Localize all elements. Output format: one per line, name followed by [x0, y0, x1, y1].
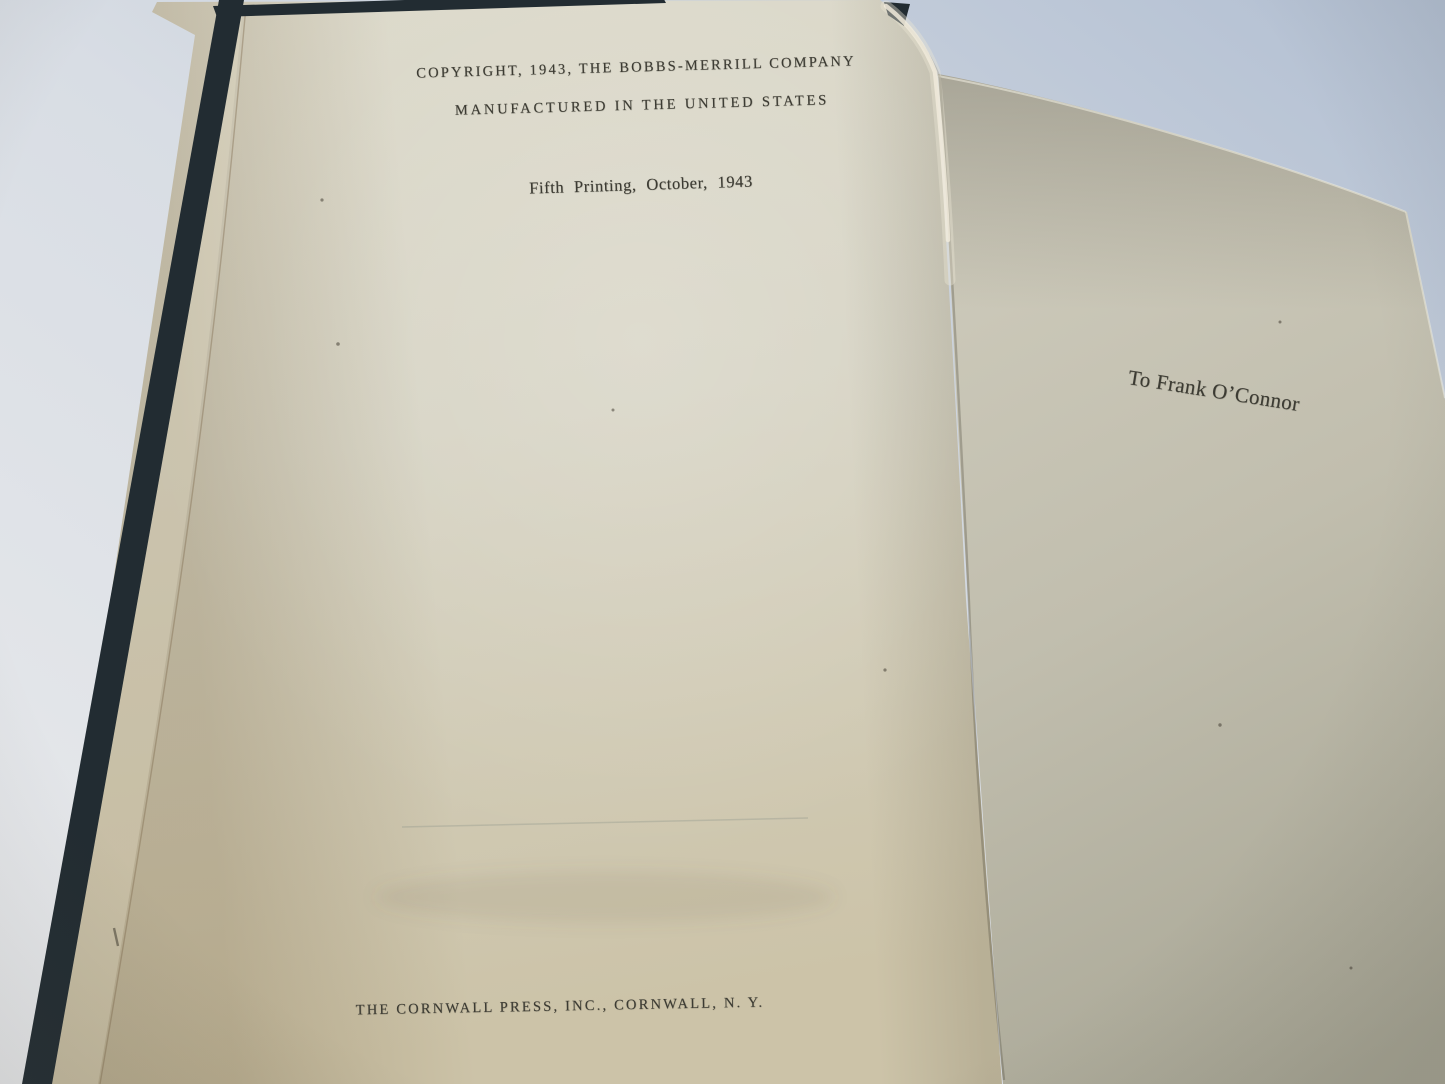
photo-vignette — [0, 0, 1445, 1084]
book-photo: COPYRIGHT, 1943, THE BOBBS-MERRILL COMPA… — [0, 0, 1445, 1084]
book-photo-illustration — [0, 0, 1445, 1084]
